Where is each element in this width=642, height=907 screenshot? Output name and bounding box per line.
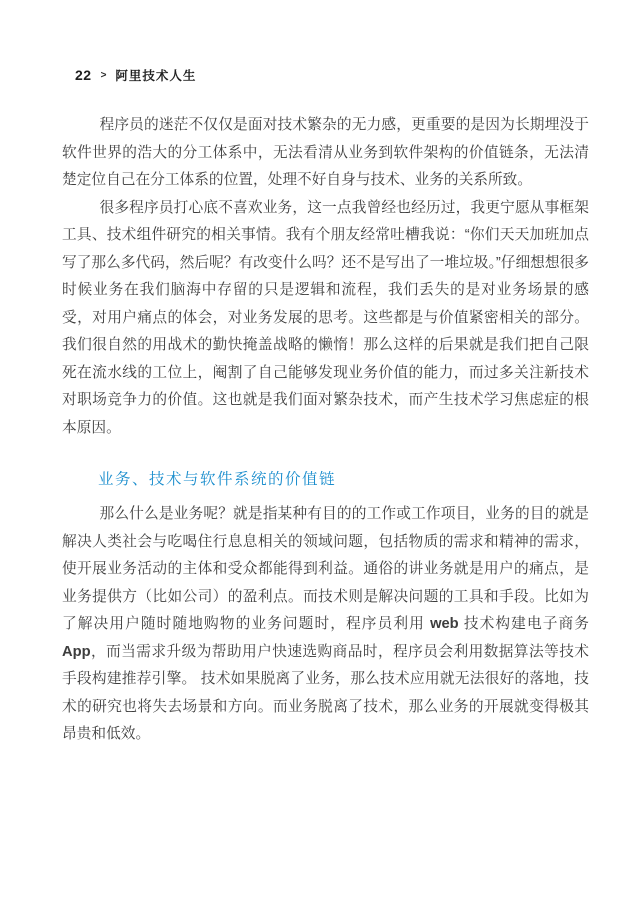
page-header: 22 > 阿里技术人生 bbox=[75, 66, 589, 84]
text-run: 那么什么是业务呢？就是指某种有目的的工作或工作项目，业务的目的就是解决人类社会与… bbox=[62, 506, 589, 632]
bold-term: App bbox=[62, 644, 91, 660]
book-title: 阿里技术人生 bbox=[115, 66, 196, 84]
page-number: 22 bbox=[75, 67, 92, 83]
text-run: 技术构建电子商务 bbox=[459, 616, 589, 632]
body-text: 程序员的迷茫不仅仅是面对技术繁杂的无力感，更重要的是因为长期埋没于软件世界的浩大… bbox=[62, 112, 589, 749]
paragraph-1: 程序员的迷茫不仅仅是面对技术繁杂的无力感，更重要的是因为长期埋没于软件世界的浩大… bbox=[62, 112, 589, 195]
bold-term: web bbox=[430, 616, 459, 632]
header-separator-icon: > bbox=[101, 70, 107, 81]
book-page: 22 > 阿里技术人生 程序员的迷茫不仅仅是面对技术繁杂的无力感，更重要的是因为… bbox=[0, 0, 642, 907]
paragraph-3: 那么什么是业务呢？就是指某种有目的的工作或工作项目，业务的目的就是解决人类社会与… bbox=[62, 501, 589, 749]
paragraph-2: 很多程序员打心底不喜欢业务，这一点我曾经也经历过，我更宁愿从事框架工具、技术组件… bbox=[62, 195, 589, 443]
section-heading: 业务、技术与软件系统的价值链 bbox=[98, 467, 589, 489]
text-run: ，而当需求升级为帮助用户快速选购商品时，程序员会利用数据算法等技术手段构建推荐引… bbox=[62, 644, 589, 743]
